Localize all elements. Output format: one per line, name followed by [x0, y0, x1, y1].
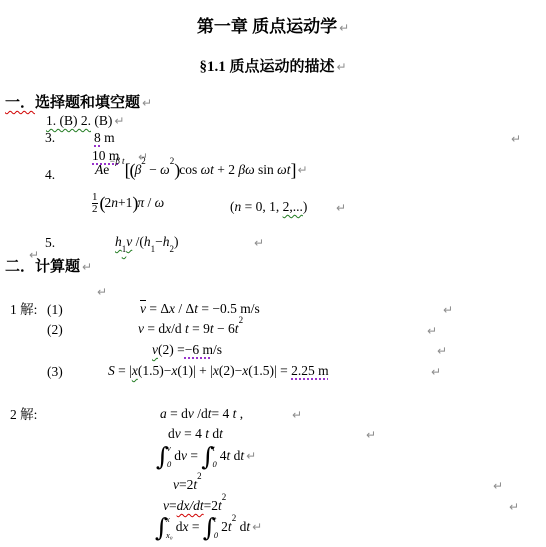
- text-span: − 6: [214, 321, 235, 336]
- integral-upper-limit: t: [214, 515, 216, 524]
- text-span: 4.: [45, 167, 55, 182]
- math-variable: ω: [155, 195, 165, 210]
- document-page: 第一章 质点运动学↵ §1.1 质点运动的描述↵ 一．选择题和填空题↵1. (B…: [0, 0, 546, 547]
- integral-limits: v0: [167, 444, 171, 469]
- integral-lower-limit: x₀: [166, 531, 173, 540]
- text-span: (2): [47, 322, 63, 337]
- integral: ∫v0: [156, 443, 174, 470]
- text-span: =: [169, 498, 177, 513]
- paragraph-mark-line: ↵: [509, 130, 521, 148]
- text-span: d: [168, 426, 175, 441]
- text-span: d: [236, 519, 246, 534]
- text-span: −: [146, 162, 160, 177]
- text-span: 2 解:: [10, 407, 37, 422]
- paragraph-mark-line: ↵: [290, 406, 302, 424]
- superscript: −β t: [109, 156, 124, 166]
- answer-4-number: 4.: [45, 166, 55, 183]
- pilcrow-icon: ↵: [142, 96, 152, 110]
- fraction-numerator: 1: [92, 192, 98, 203]
- math-variable: βω: [238, 162, 254, 177]
- text-span: m: [101, 130, 115, 145]
- answer-4-formula: Ae−β t[(β2 − ω2)cos ωt + 2 βω sin ωt]↵: [95, 161, 308, 179]
- pilcrow-icon: ↵: [82, 260, 92, 274]
- paragraph-mark-line: ↵: [95, 283, 107, 301]
- superscript: 2: [222, 492, 227, 502]
- superscript: 2: [232, 513, 237, 523]
- text-span: =: [187, 448, 201, 463]
- integral-upper-limit: t: [212, 444, 214, 453]
- pilcrow-icon: ↵: [437, 344, 447, 358]
- text-span: 2: [221, 519, 228, 534]
- superscript: 2: [170, 156, 175, 166]
- pilcrow-icon: ↵: [246, 449, 256, 463]
- text-span: = 9: [189, 321, 210, 336]
- solution-1-part2-result: v(2) =−6 m/s: [152, 341, 222, 358]
- paragraph-mark-line: ↵: [441, 301, 453, 319]
- text-span: (2)−: [219, 363, 242, 378]
- section-title: §1.1 质点运动的描述: [199, 59, 334, 75]
- paragraph-mark-line: ↵: [491, 477, 503, 495]
- math-variable: ω: [160, 162, 170, 177]
- text-span: cos: [179, 162, 200, 177]
- math-variable: h: [144, 234, 151, 249]
- math-variable: h: [163, 234, 170, 249]
- answer-3-number: 3.: [45, 129, 55, 146]
- integral: ∫xx₀: [155, 514, 176, 541]
- math-variable: A: [95, 162, 103, 177]
- text-span: −: [155, 234, 163, 249]
- fraction-denominator: 2: [92, 203, 98, 215]
- solution-1-part3-formula: S = |x(1.5)−x(1)| + |x(2)−x(1.5)| = 2.25…: [108, 362, 329, 379]
- math-variable: n: [111, 195, 118, 210]
- integral-limits: xx₀: [166, 515, 173, 540]
- pilcrow-icon: ↵: [339, 21, 349, 35]
- solution-2-result-v: v=2t2: [173, 476, 202, 493]
- text-span: ,: [236, 406, 243, 421]
- integral-limits: t0: [212, 444, 216, 469]
- solution-2-integral-2: ∫xx₀dx = ∫t02t2 dt↵: [155, 514, 262, 541]
- solution-2-integral-1: ∫v0dv = ∫t04t dt↵: [156, 443, 256, 470]
- text-span: d: [230, 448, 240, 463]
- subscript: 1: [122, 244, 127, 254]
- pilcrow-icon: ↵: [427, 324, 437, 338]
- text-span: 2.25 m: [291, 363, 329, 378]
- text-span: 1 解:: [10, 302, 37, 317]
- fraction: 12: [92, 192, 98, 215]
- paragraph-mark-line: ↵: [435, 342, 447, 360]
- heading-choice-fill: 一．选择题和填空题↵: [5, 94, 152, 113]
- text-span: 2,...: [283, 199, 303, 214]
- text-span: (1.5)| =: [248, 363, 291, 378]
- heading-text: 二．计算题: [5, 259, 80, 275]
- pilcrow-icon: ↵: [443, 303, 453, 317]
- solution-1-part2-formula: v = dx/d t = 9t − 6t2: [138, 320, 243, 337]
- pilcrow-icon: ↵: [336, 201, 346, 215]
- text-span: = 4: [181, 426, 206, 441]
- paragraph-mark-line: ↵: [252, 234, 264, 252]
- text-span: (3): [47, 364, 63, 379]
- solution-2-formula-vdxdt: v=dx/dt=2t2: [163, 497, 226, 514]
- solution-2-formula-a: a = dv /dt= 4 t ,: [160, 405, 243, 422]
- text-span: = 0, 1,: [241, 199, 282, 214]
- math-variable: a: [160, 406, 167, 421]
- text-span: /(: [132, 234, 144, 249]
- text-span: = |: [115, 363, 132, 378]
- chapter-title: 第一章 质点运动学: [197, 17, 337, 36]
- text-span: =2: [179, 477, 193, 492]
- text-span: = d: [167, 406, 188, 421]
- superscript: 2: [141, 156, 146, 166]
- text-span: 1. (B) 2.: [46, 113, 91, 128]
- math-variable: ωt: [201, 162, 214, 177]
- text-span: = 4: [212, 406, 233, 421]
- chapter-title-line: 第一章 质点运动学↵: [0, 12, 546, 37]
- integral-upper-limit: v: [167, 444, 171, 453]
- text-span: (1.5)−: [138, 363, 171, 378]
- answer-5-formula: h1v /(h1−h2): [115, 233, 179, 250]
- solution-2-formula-dv: dv = 4 t dt: [168, 425, 223, 442]
- math-variable: t: [219, 426, 223, 441]
- text-span: = −0.5 m/s: [198, 301, 260, 316]
- solution-1-part3-number: (3): [47, 363, 63, 380]
- text-span: 3.: [45, 130, 55, 145]
- pilcrow-icon: ↵: [511, 132, 521, 146]
- text-span: ): [303, 199, 308, 214]
- text-span: + 2: [214, 162, 239, 177]
- text-span: d: [209, 426, 219, 441]
- superscript: 2: [239, 315, 244, 325]
- pilcrow-icon: ↵: [509, 500, 519, 514]
- heading-text: 选择题和填空题: [35, 95, 140, 111]
- section-title-line: §1.1 质点运动的描述↵: [0, 55, 546, 76]
- pilcrow-icon: ↵: [114, 114, 124, 128]
- text-span: (1): [47, 302, 63, 317]
- pilcrow-icon: ↵: [252, 520, 262, 534]
- text-span: d: [176, 519, 183, 534]
- text-span: ): [174, 234, 179, 249]
- integral-limits: t0: [214, 515, 218, 540]
- paragraph-mark-line: ↵: [425, 322, 437, 340]
- integral-lower-limit: 0: [214, 531, 218, 540]
- text-span: −6 m: [185, 342, 213, 357]
- text-span: (1)| + |: [177, 363, 213, 378]
- answer-3-value-a: 8 m: [94, 129, 115, 146]
- superscript: 2: [197, 471, 202, 481]
- heading-text: 一．: [5, 95, 35, 111]
- text-span: =: [189, 519, 203, 534]
- text-span: (2) =: [158, 342, 185, 357]
- integral: ∫t0: [201, 443, 219, 470]
- pilcrow-icon: ↵: [97, 285, 107, 299]
- text-span: (B): [91, 113, 112, 128]
- math-variable: S: [108, 363, 115, 378]
- text-span: /d: [194, 406, 208, 421]
- pilcrow-icon: ↵: [297, 163, 307, 177]
- math-variable: h: [115, 234, 122, 249]
- math-variable: ωt: [277, 162, 290, 177]
- math-variable: dx/dt: [177, 498, 204, 513]
- pilcrow-icon: ↵: [336, 60, 346, 74]
- subscript: 2: [170, 244, 175, 254]
- answer-5-number: 5.: [45, 234, 55, 251]
- pilcrow-icon: ↵: [292, 408, 302, 422]
- answer-1-2: 1. (B) 2. (B)↵: [46, 112, 124, 130]
- text-span: /d: [171, 321, 185, 336]
- text-span: +1: [118, 195, 132, 210]
- answer-4-formula-2: 12(2n+1)π / ω: [92, 190, 164, 216]
- answer-4-condition: (n = 0, 1, 2,...): [230, 198, 307, 215]
- text-span: sin: [255, 162, 278, 177]
- pilcrow-icon: ↵: [493, 479, 503, 493]
- subscript: 1: [151, 244, 156, 254]
- integral-lower-limit: 0: [212, 460, 216, 469]
- solution-2-label: 2 解:: [10, 406, 37, 423]
- solution-1-part2-number: (2): [47, 321, 63, 338]
- pilcrow-icon: ↵: [366, 428, 376, 442]
- paragraph-mark-line: ↵: [429, 363, 441, 381]
- paragraph-mark-line: ↵: [507, 498, 519, 516]
- text-span: = d: [144, 321, 165, 336]
- math-variable: t: [235, 321, 239, 336]
- text-span: 5.: [45, 235, 55, 250]
- text-span: /s: [213, 342, 222, 357]
- text-span: = Δ: [146, 301, 169, 316]
- math-variable: t: [240, 448, 244, 463]
- text-span: 8: [94, 130, 101, 145]
- bracket: ]: [290, 160, 295, 180]
- pilcrow-icon: ↵: [431, 365, 441, 379]
- pilcrow-icon: ↵: [254, 236, 264, 250]
- text-span: / Δ: [175, 301, 194, 316]
- solution-1-label: 1 解:: [10, 301, 37, 318]
- integral: ∫t0: [203, 514, 221, 541]
- integral-lower-limit: 0: [167, 460, 171, 469]
- integral-upper-limit: x: [166, 515, 170, 524]
- paragraph-mark-line: ↵: [364, 426, 376, 444]
- bracket: [(: [125, 160, 135, 180]
- text-span: =2: [204, 498, 218, 513]
- text-span: /: [144, 195, 155, 210]
- paragraph-mark-line: ↵: [334, 199, 346, 217]
- heading-calculation: 二．计算题↵: [5, 258, 92, 277]
- math-variable: t: [246, 519, 250, 534]
- solution-1-part1-number: (1): [47, 301, 63, 318]
